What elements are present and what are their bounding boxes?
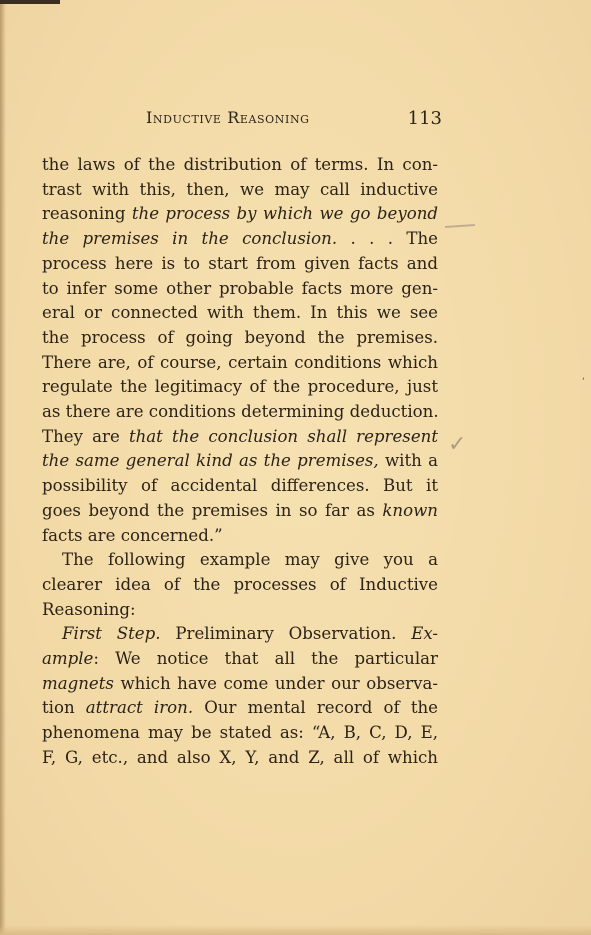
italic-text: the same general kind as the premises, (42, 451, 379, 470)
italic-text: known (382, 501, 438, 520)
text-line: tion attract iron. Our mental record of … (42, 696, 438, 721)
text-line: the process of going beyond the premises… (42, 326, 438, 351)
text-line: facts are concerned.” (42, 524, 438, 549)
page-number: 113 (408, 108, 442, 129)
text-run: F, G, etc., and also X, Y, and Z, all of… (42, 748, 438, 767)
text-line: to infer some other probable facts more … (42, 277, 438, 302)
text-run: goes beyond the premises in so far as (42, 501, 382, 520)
running-head: Inductive Reasoning (146, 108, 310, 127)
italic-text: that the conclusion shall represent (129, 427, 438, 446)
text-run: process here is to start from given fact… (42, 254, 438, 273)
text-line: The following example may give you a (62, 548, 438, 573)
text-line: clearer idea of the processes of Inducti… (42, 573, 438, 598)
text-line: trast with this, then, we may call induc… (42, 178, 438, 203)
italic-text: magnets (42, 674, 114, 693)
italic-text: Ex- (411, 624, 438, 643)
text-line: as there are conditions determining dedu… (42, 400, 438, 425)
text-line: possibility of accidental differences. B… (42, 474, 438, 499)
text-run: The following example may give you a (62, 550, 438, 569)
text-run: which have come under our observa- (114, 674, 438, 693)
text-run: the laws of the distribution of terms. I… (42, 155, 438, 174)
text-run: There are, of course, certain conditions… (42, 353, 438, 372)
text-run: the process of going beyond the premises… (42, 328, 438, 347)
text-run: They are (42, 427, 129, 446)
pencil-check-icon: ✓ (448, 432, 462, 462)
text-run: Our mental record of the (193, 698, 438, 717)
text-run: reasoning (42, 204, 132, 223)
text-line: the premises in the conclusion. . . . Th… (42, 227, 438, 252)
page-header: Inductive Reasoning 113 (146, 108, 442, 136)
text-run: possibility of accidental differences. B… (42, 476, 438, 495)
text-run: Preliminary Observation. (161, 624, 412, 643)
text-line: There are, of course, certain conditions… (42, 351, 438, 376)
book-page: Inductive Reasoning 113 the laws of the … (0, 0, 591, 935)
text-line: the same general kind as the premises, w… (42, 449, 438, 474)
text-run: Reasoning: (42, 600, 136, 619)
text-line: the laws of the distribution of terms. I… (42, 153, 438, 178)
text-line: F, G, etc., and also X, Y, and Z, all of… (42, 746, 438, 771)
text-run: trast with this, then, we may call induc… (42, 180, 438, 199)
text-line: eral or connected with them. In this we … (42, 301, 438, 326)
scan-edge-mark (0, 0, 60, 4)
text-line: regulate the legitimacy of the procedure… (42, 375, 438, 400)
text-run: facts are concerned.” (42, 526, 223, 545)
text-run: eral or connected with them. In this we … (42, 303, 438, 322)
text-run: to infer some other probable facts more … (42, 279, 438, 298)
italic-text: the premises in the conclusion. (42, 229, 337, 248)
italic-text: attract iron. (86, 698, 193, 717)
text-run: tion (42, 698, 86, 717)
text-run: . . . The (337, 229, 438, 248)
text-line: magnets which have come under our observ… (42, 672, 438, 697)
text-run: phenomena may be stated as: “A, B, C, D,… (42, 723, 438, 742)
text-line: Reasoning: (42, 598, 438, 623)
text-line: ample: We notice that all the particular (42, 647, 438, 672)
italic-text: First Step. (62, 624, 161, 643)
pencil-dash-mark (445, 224, 475, 228)
text-run: clearer idea of the processes of Inducti… (42, 575, 438, 594)
italic-text: ample (42, 649, 93, 668)
text-line: phenomena may be stated as: “A, B, C, D,… (42, 721, 438, 746)
text-line: First Step. Preliminary Observation. Ex- (62, 622, 438, 647)
text-line: They are that the conclusion shall repre… (42, 425, 438, 450)
text-line: reasoning the process by which we go bey… (42, 202, 438, 227)
text-line: goes beyond the premises in so far as kn… (42, 499, 438, 524)
text-line: process here is to start from given fact… (42, 252, 438, 277)
page-bottom-edge (0, 925, 591, 935)
text-run: : We notice that all the particular (93, 649, 438, 668)
italic-text: the process by which we go beyond (132, 204, 438, 223)
text-run: as there are conditions determining dedu… (42, 402, 439, 421)
margin-tick-mark: ‘ (582, 377, 586, 383)
text-run: regulate the legitimacy of the procedure… (42, 377, 438, 396)
text-run: with a (379, 451, 438, 470)
page-gutter-shadow (0, 0, 6, 935)
